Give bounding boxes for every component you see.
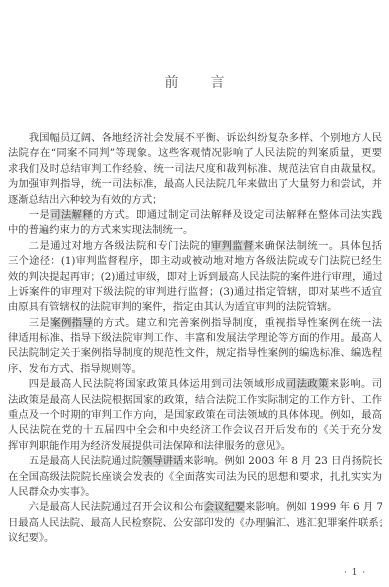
text-line: 在全国高级法院院长座谈会发表的《全面落实司法为民的思想和要求，扎扎实实为: [8, 470, 382, 485]
text-line: 二是通过对地方各级法院和专门法院的审判监督来确保法制统一。具体包括: [8, 239, 382, 254]
text-segment: 逐渐总结出六种较为有效的方式；: [8, 194, 162, 206]
text-segment: 我国幅员辽阔、各地经济社会发展不平衡、诉讼纠纷复杂多样、个别地方人民: [29, 132, 382, 144]
page-title: 前 言: [0, 74, 389, 92]
title-char: 言: [211, 74, 225, 92]
text-line: 律适用标准、指导下级法院审判工作、丰富和发展法学理论等方面的作用。最高人: [8, 331, 382, 346]
text-segment: 议纪要》。: [8, 532, 54, 544]
text-segment: 四是最高人民法院将国家政策具体运用到司法领域形成: [29, 378, 286, 390]
text-segment: 的方式。建立和完善案例指导制度，重视指导性案例在统一法: [93, 317, 382, 329]
highlighted-term: 审判监督: [211, 240, 254, 252]
text-segment: 挥审判职能作用为经济发展提供司法保障和法律服务的意见》。: [8, 440, 291, 452]
paragraph-judicial-interpretation: 一是司法解释的方式。即通过制定司法解释及设定司法解释在整体司法实践 中的普遍约束…: [8, 208, 382, 239]
paragraph-judicial-policy: 四是最高人民法院将国家政策具体运用到司法领域形成司法政策来影响。司 法政策是最高…: [8, 377, 382, 454]
text-segment: 来影响。例如 2003 年 8 月 23 日肖扬院长: [183, 455, 382, 467]
text-line: 重点及一个时期的审判工作方向，是国家政策在司法领域的具体体现。例如，最高: [8, 408, 382, 423]
paragraph-case-guidance: 三是案例指导的方式。建立和完善案例指导制度，重视指导性案例在统一法 律适用标准、…: [8, 316, 382, 378]
text-line: 上诉案件的审理对下级法院的审判进行监督；(3)通过指定管辖，即对某些不适宜: [8, 285, 382, 300]
text-segment: 二是通过对地方各级法院和专门法院的: [29, 240, 211, 252]
text-line: 五是最高人民法院通过院领导讲话来影响。例如 2003 年 8 月 23 日肖扬院…: [8, 454, 382, 469]
highlighted-term: 会议纪要: [204, 501, 245, 513]
highlighted-term: 司法政策: [286, 378, 329, 390]
text-segment: 序、发布方式、指导规则等。: [8, 363, 142, 375]
document-page: 前 言 我国幅员辽阔、各地经济社会发展不平衡、诉讼纠纷复杂多样、个别地方人民 法…: [0, 0, 389, 587]
text-line: 挥审判职能作用为经济发展提供司法保障和法律服务的意见》。: [8, 439, 382, 454]
text-segment: 上诉案件的审理对下级法院的审判进行监督；(3)通过指定管辖，即对某些不适宜: [8, 286, 382, 298]
text-segment: 为加强审判指导，统一司法标准，最高人民法院几年来做出了大量努力和尝试，并: [8, 178, 382, 190]
text-segment: 效的判决提起再审；(2)通过审级，即对上诉到最高人民法院的案件进行审理，通过: [8, 271, 382, 283]
text-segment: 六是最高人民法院通过召开会议和公布: [29, 501, 204, 513]
text-segment: 来确保法制统一。具体包括: [254, 240, 382, 252]
text-segment: 人民法院在党的十五届四中全会和中央经济工作会议召开后发布的《关于充分发: [8, 424, 382, 436]
text-segment: 日最高人民法院、最高人民检察院、公安部印发的《办理骗汇、逃汇犯罪案件联系会: [8, 517, 382, 529]
text-line: 议纪要》。: [8, 531, 382, 546]
text-segment: 求我们及时总结审判工作经验、统一司法尺度和裁判标准、规范法官自由裁量权。: [8, 163, 382, 175]
text-segment: 在全国高级法院院长座谈会发表的《全面落实司法为民的思想和要求，扎扎实实为: [8, 471, 382, 483]
text-segment: 五是最高人民法院通过院: [29, 455, 142, 467]
highlighted-term: 领导讲话: [142, 455, 183, 467]
title-char: 前: [165, 74, 179, 92]
text-segment: 一是: [29, 209, 50, 221]
text-line: 日最高人民法院、最高人民检察院、公安部印发的《办理骗汇、逃汇犯罪案件联系会: [8, 516, 382, 531]
text-segment: 民法院制定关于案例指导制度的规范性文件，规定指导性案例的编选标准、编选程: [8, 347, 382, 359]
text-segment: 中的普遍约束力的方式来实现法制统一。: [8, 224, 193, 236]
text-line: 民法院制定关于案例指导制度的规范性文件，规定指导性案例的编选标准、编选程: [8, 346, 382, 361]
text-line: 逐渐总结出六种较为有效的方式；: [8, 193, 382, 208]
text-line: 三是案例指导的方式。建立和完善案例指导制度，重视指导性案例在统一法: [8, 316, 382, 331]
text-line: 中的普遍约束力的方式来实现法制统一。: [8, 223, 382, 238]
text-segment: 法政策是最高人民法院根据国家的政策，结合法院工作实际制定的工作方针、工作: [8, 394, 382, 406]
text-line: 六是最高人民法院通过召开会议和公布会议纪要来影响。例如 1999 年 6 月 7: [8, 500, 382, 515]
text-line: 三个途径：(1)审判监督程序，即主动或被动地对地方各级法院或专门法院已经生: [8, 254, 382, 269]
highlighted-term: 司法解释: [50, 209, 93, 221]
text-line: 由原具有管辖权的法院审判的案件，指定由其认为适宜审判的法院管辖。: [8, 300, 382, 315]
text-line: 法政策是最高人民法院根据国家的政策，结合法院工作实际制定的工作方针、工作: [8, 393, 382, 408]
page-number: · 1 ·: [344, 566, 366, 580]
text-segment: 的方式。即通过制定司法解释及设定司法解释在整体司法实践: [93, 209, 382, 221]
paragraph-leadership-speech: 五是最高人民法院通过院领导讲话来影响。例如 2003 年 8 月 23 日肖扬院…: [8, 454, 382, 500]
text-line: 为加强审判指导，统一司法标准，最高人民法院几年来做出了大量努力和尝试，并: [8, 177, 382, 192]
highlighted-term: 案例指导: [50, 317, 93, 329]
preface-body: 我国幅员辽阔、各地经济社会发展不平衡、诉讼纠纷复杂多样、个别地方人民 法院存在“…: [8, 131, 382, 547]
text-segment: 由原具有管辖权的法院审判的案件，指定由其认为适宜审判的法院管辖。: [8, 301, 338, 313]
text-segment: 人民群众办实事》。: [8, 486, 96, 498]
text-line: 人民群众办实事》。: [8, 485, 382, 500]
text-segment: 法院存在“同案不同判”等现象。这些客观情况影响了人民法院的判案质量，更要: [8, 147, 382, 159]
text-line: 四是最高人民法院将国家政策具体运用到司法领域形成司法政策来影响。司: [8, 377, 382, 392]
text-segment: 来影响。例如 1999 年 6 月 7: [245, 501, 382, 513]
paragraph-intro: 我国幅员辽阔、各地经济社会发展不平衡、诉讼纠纷复杂多样、个别地方人民 法院存在“…: [8, 131, 382, 208]
paragraph-meeting-minutes: 六是最高人民法院通过召开会议和公布会议纪要来影响。例如 1999 年 6 月 7…: [8, 500, 382, 546]
text-line: 求我们及时总结审判工作经验、统一司法尺度和裁判标准、规范法官自由裁量权。: [8, 162, 382, 177]
text-line: 一是司法解释的方式。即通过制定司法解释及设定司法解释在整体司法实践: [8, 208, 382, 223]
paragraph-trial-supervision: 二是通过对地方各级法院和专门法院的审判监督来确保法制统一。具体包括 三个途径：(…: [8, 239, 382, 316]
text-line: 我国幅员辽阔、各地经济社会发展不平衡、诉讼纠纷复杂多样、个别地方人民: [8, 131, 382, 146]
text-segment: 重点及一个时期的审判工作方向，是国家政策在司法领域的具体体现。例如，最高: [8, 409, 382, 421]
text-segment: 三是: [29, 317, 50, 329]
text-line: 人民法院在党的十五届四中全会和中央经济工作会议召开后发布的《关于充分发: [8, 423, 382, 438]
text-line: 序、发布方式、指导规则等。: [8, 362, 382, 377]
text-segment: 三个途径：(1)审判监督程序，即主动或被动地对地方各级法院或专门法院已经生: [8, 255, 382, 267]
text-line: 法院存在“同案不同判”等现象。这些客观情况影响了人民法院的判案质量，更要: [8, 146, 382, 161]
text-line: 效的判决提起再审；(2)通过审级，即对上诉到最高人民法院的案件进行审理，通过: [8, 270, 382, 285]
text-segment: 来影响。司: [329, 378, 382, 390]
text-segment: 律适用标准、指导下级法院审判工作、丰富和发展法学理论等方面的作用。最高人: [8, 332, 382, 344]
